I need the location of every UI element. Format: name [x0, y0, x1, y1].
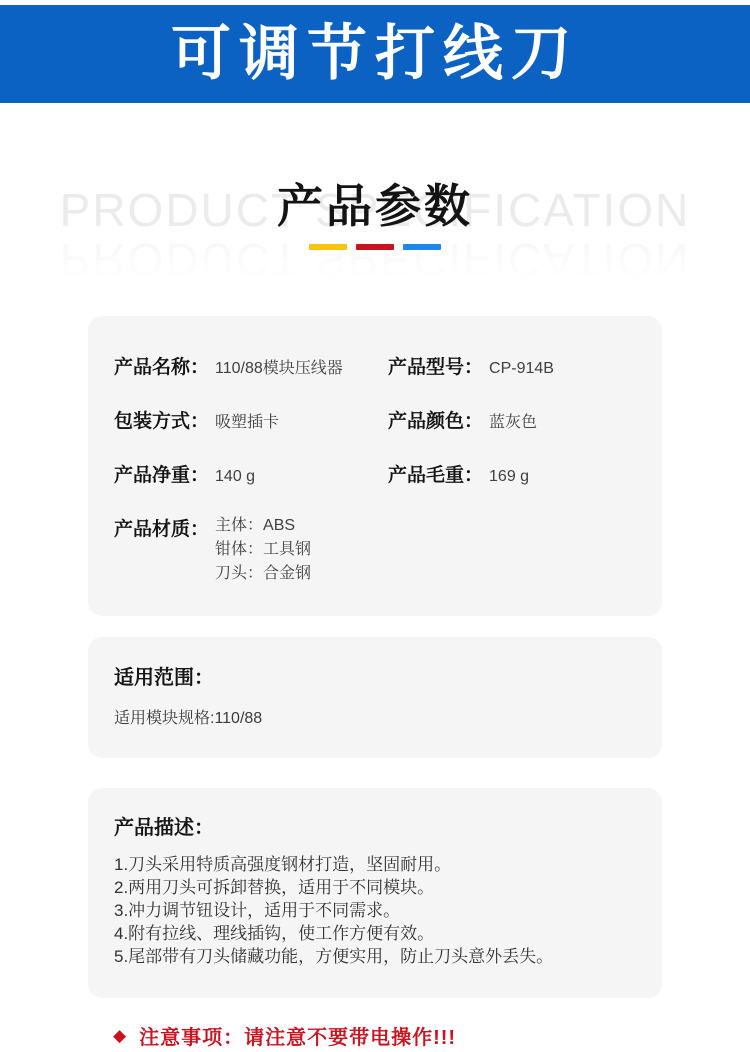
spec-row: 产品名称： 110/88模块压线器 产品型号： CP-914B [114, 352, 636, 379]
material-line: 刀头：合金钢 [215, 562, 311, 586]
spec-label: 产品净重： [114, 460, 209, 487]
spec-cell-product-name: 产品名称： 110/88模块压线器 [114, 352, 388, 379]
spec-cell-model: 产品型号： CP-914B [388, 352, 636, 379]
banner: 可调节打线刀 [0, 5, 750, 103]
spec-value: CP-914B [489, 360, 554, 378]
description-card: 产品描述： 1.刀头采用特质高强度钢材打造，坚固耐用。 2.两用刀头可拆卸替换，… [88, 788, 662, 998]
spec-row: 产品净重： 140 g 产品毛重： 169 g [114, 460, 636, 487]
spec-row: 包装方式： 吸塑插卡 产品颜色： 蓝灰色 [114, 406, 636, 433]
spec-label: 产品名称： [114, 352, 209, 379]
section-title: 产品参数 [0, 167, 750, 229]
description-item: 2.两用刀头可拆卸替换，适用于不同模块。 [114, 876, 636, 899]
spec-label: 产品毛重： [388, 460, 483, 487]
spec-row-material: 产品材质： 主体：ABS 钳体：工具钢 刀头：合金钢 [114, 514, 636, 586]
description-item: 1.刀头采用特质高强度钢材打造，坚固耐用。 [114, 853, 636, 876]
section-header: PRODUCT SPECIFICATION PRODUCT SPECIFICAT… [0, 167, 750, 273]
material-line: 主体：ABS [215, 514, 311, 538]
scope-card: 适用范围： 适用模块规格:110/88 [88, 637, 662, 758]
spec-value: 蓝灰色 [489, 409, 537, 432]
spec-label: 包装方式： [114, 406, 209, 433]
spec-value: 110/88模块压线器 [215, 355, 343, 378]
notice-text: 注意事项：请注意不要带电操作!!! [139, 1021, 456, 1050]
description-item: 4.附有拉线、理线插钩，使工作方便有效。 [114, 922, 636, 945]
material-line: 钳体：工具钢 [215, 538, 311, 562]
spec-value: 140 g [215, 468, 255, 486]
spec-value: 吸塑插卡 [215, 409, 279, 432]
accent-bar-blue [403, 244, 441, 250]
spec-card: 产品名称： 110/88模块压线器 产品型号： CP-914B 包装方式： 吸塑… [88, 316, 662, 616]
description-item: 5.尾部带有刀头储藏功能，方便实用，防止刀头意外丢失。 [114, 945, 636, 968]
spec-cell-color: 产品颜色： 蓝灰色 [388, 406, 636, 433]
spec-label: 产品材质： [114, 514, 209, 541]
spec-cell-net-weight: 产品净重： 140 g [114, 460, 388, 487]
scope-text: 适用模块规格:110/88 [114, 705, 636, 728]
notice: ◆ 注意事项：请注意不要带电操作!!! [88, 1021, 662, 1050]
description-title: 产品描述： [114, 816, 636, 840]
banner-title: 可调节打线刀 [171, 24, 579, 84]
accent-bars [0, 244, 750, 250]
description-item: 3.冲力调节钮设计，适用于不同需求。 [114, 899, 636, 922]
diamond-icon: ◆ [113, 1027, 126, 1044]
accent-bar-red [356, 244, 394, 250]
description-list: 1.刀头采用特质高强度钢材打造，坚固耐用。 2.两用刀头可拆卸替换，适用于不同模… [114, 853, 636, 968]
accent-bar-yellow [309, 244, 347, 250]
spec-label: 产品颜色： [388, 406, 483, 433]
material-lines: 主体：ABS 钳体：工具钢 刀头：合金钢 [215, 514, 311, 586]
spec-cell-gross-weight: 产品毛重： 169 g [388, 460, 636, 487]
spec-value: 169 g [489, 468, 529, 486]
spec-label: 产品型号： [388, 352, 483, 379]
spec-cell-packaging: 包装方式： 吸塑插卡 [114, 406, 388, 433]
scope-title: 适用范围： [114, 666, 636, 690]
